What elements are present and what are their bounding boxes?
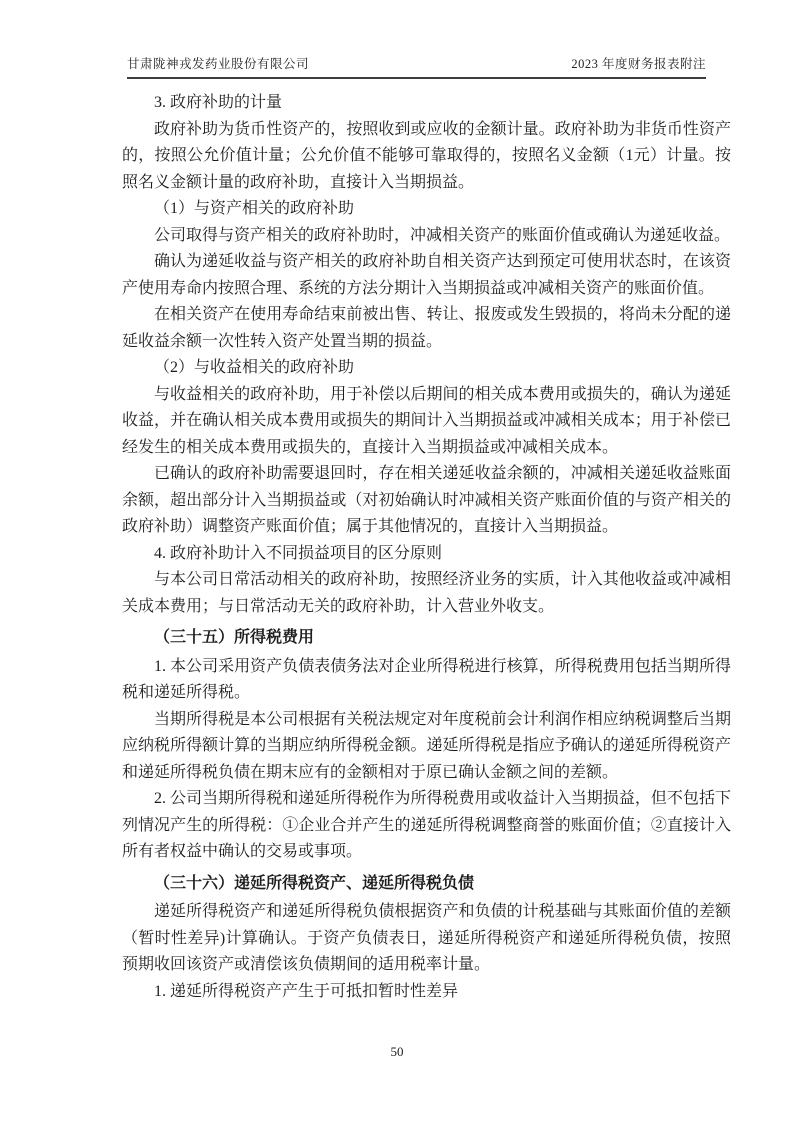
paragraph: 确认为递延收益与资产相关的政府补助自相关资产达到预定可使用状态时，在该资产使用寿… bbox=[122, 249, 731, 302]
paragraph: 与本公司日常活动相关的政府补助，按照经济业务的实质，计入其他收益或冲减相关成本费… bbox=[122, 567, 731, 620]
page-footer: 50 bbox=[0, 1044, 794, 1060]
paragraph: 1. 本公司采用资产负债表债务法对企业所得税进行核算，所得税费用包括当期所得税和… bbox=[122, 654, 731, 707]
paragraph: 2. 公司当期所得税和递延所得税作为所得税费用或收益计入当期损益，但不包括下列情… bbox=[122, 786, 731, 866]
paragraph: 递延所得税资产和递延所得税负债根据资产和负债的计税基础与其账面价值的差额（暂时性… bbox=[122, 899, 731, 979]
paragraph: （1）与资产相关的政府补助 bbox=[122, 196, 731, 223]
document-page: 甘肃陇神戎发药业股份有限公司 2023 年度财务报表附注 3. 政府补助的计量政… bbox=[0, 0, 794, 1122]
section-heading: （三十五）所得税费用 bbox=[122, 625, 731, 652]
page-header: 甘肃陇神戎发药业股份有限公司 2023 年度财务报表附注 bbox=[127, 54, 706, 79]
paragraph: 政府补助为货币性资产的，按照收到或应收的金额计量。政府补助为非货币性资产的，按照… bbox=[122, 117, 731, 197]
header-doc-title: 2023 年度财务报表附注 bbox=[571, 54, 706, 72]
paragraph: 已确认的政府补助需要退回时，存在相关递延收益余额的，冲减相关递延收益账面余额，超… bbox=[122, 461, 731, 541]
paragraph: 4. 政府补助计入不同损益项目的区分原则 bbox=[122, 541, 731, 568]
paragraph: 3. 政府补助的计量 bbox=[122, 90, 731, 117]
header-company-name: 甘肃陇神戎发药业股份有限公司 bbox=[127, 54, 309, 72]
paragraph: 公司取得与资产相关的政府补助时，冲减相关资产的账面价值或确认为递延收益。 bbox=[122, 223, 731, 250]
section-heading: （三十六）递延所得税资产、递延所得税负债 bbox=[122, 871, 731, 898]
paragraph: （2）与收益相关的政府补助 bbox=[122, 355, 731, 382]
paragraph: 当期所得税是本公司根据有关税法规定对年度税前会计利润作相应纳税调整后当期应纳税所… bbox=[122, 707, 731, 787]
paragraph: 在相关资产在使用寿命结束前被出售、转让、报废或发生毁损的，将尚未分配的递延收益余… bbox=[122, 302, 731, 355]
paragraph: 与收益相关的政府补助，用于补偿以后期间的相关成本费用或损失的，确认为递延收益，并… bbox=[122, 382, 731, 462]
paragraph: 1. 递延所得税资产产生于可抵扣暂时性差异 bbox=[122, 979, 731, 1006]
document-body: 3. 政府补助的计量政府补助为货币性资产的，按照收到或应收的金额计量。政府补助为… bbox=[122, 90, 731, 1005]
page-number: 50 bbox=[391, 1044, 404, 1059]
